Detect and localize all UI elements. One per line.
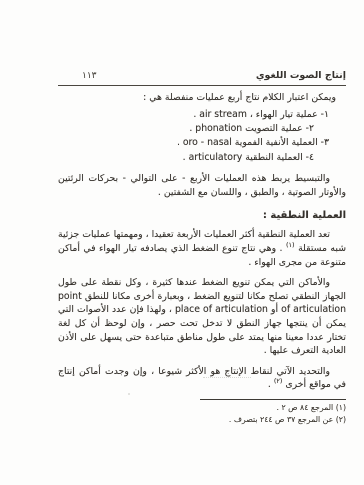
paragraph-text: والتحديد الآتي لنقاط الإنتاج هو الأكثر ش… — [58, 366, 346, 391]
header-rule — [58, 85, 346, 86]
page-number: ١١٣ — [58, 71, 97, 81]
paragraph-text: . — [268, 379, 271, 390]
text-block: إنتاج الصوت اللغوي ١١٣ ويمكن اعتبار الكل… — [58, 70, 346, 427]
production-paragraph: والتحديد الآتي لنقاط الإنتاج هو الأكثر ش… — [58, 365, 346, 392]
list-item: ٣- العملية الأنفية الفموية oro - nasal . — [58, 136, 346, 150]
list-item: ٤- العملية النطقية articulatory . — [58, 151, 346, 165]
footnotes: (١) المرجع ٨٤ ص ٢ . (٢) عن المرجع ٣٧ ص ٢… — [58, 403, 346, 426]
page-header: إنتاج الصوت اللغوي ١١٣ — [58, 70, 346, 85]
intro-line: ويمكن اعتبار الكلام نتاج أربع عمليات منف… — [58, 91, 346, 105]
list-item: ١- عملية تيار الهواء ، air stream . — [58, 108, 346, 122]
footnote: (٢) عن المرجع ٣٧ ص ٢٤٤ بتصرف . — [58, 415, 346, 426]
scanned-book-page: إنتاج الصوت اللغوي ١١٣ ويمكن اعتبار الكل… — [0, 0, 364, 485]
summary-paragraph: والتبسيط يربط هذه العمليات الأربع - على … — [58, 172, 346, 199]
footnote-rule — [200, 399, 346, 400]
scan-artifact — [128, 393, 130, 395]
list-item: ٢- عملية التصويت phonation . — [58, 122, 346, 136]
places-paragraph: والأماكن التي يمكن تنويع الضغط عندها كثي… — [58, 276, 346, 358]
articulatory-paragraph: تعد العملية النطقية أكثر العمليات الأربع… — [58, 228, 346, 269]
footnote-ref-1: (١) — [286, 241, 295, 249]
section-heading: العملية النطقية : — [58, 210, 346, 221]
operations-list: ١- عملية تيار الهواء ، air stream . ٢- ع… — [58, 108, 346, 166]
body-text: ويمكن اعتبار الكلام نتاج أربع عمليات منف… — [58, 91, 346, 392]
scan-artifact — [203, 377, 251, 378]
footnote: (١) المرجع ٨٤ ص ٢ . — [58, 403, 346, 414]
running-title: إنتاج الصوت اللغوي — [256, 70, 346, 81]
footnote-ref-2: (٢) — [274, 377, 283, 385]
